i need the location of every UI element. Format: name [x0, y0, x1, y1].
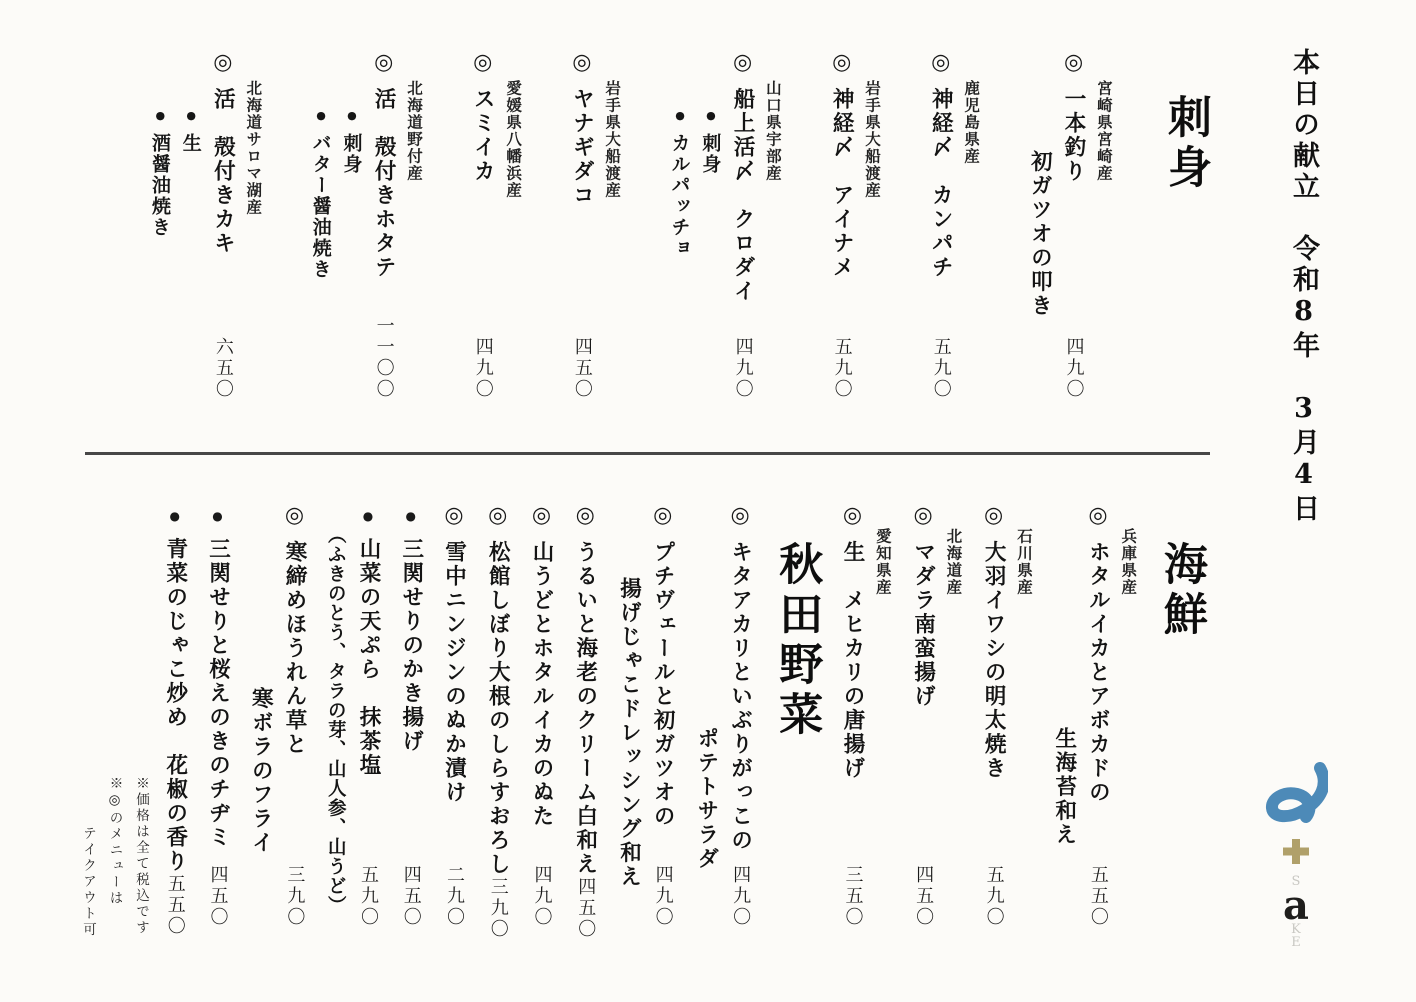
item-name: ◎プチヴェールと初ガツオの [649, 503, 675, 829]
footnotes: ※価格は全て税込です ※◎のメニューは テイクアウト可 [58, 776, 148, 938]
menu-item: ●青菜のじゃこ炒め 花椒の香り 五五〇 [162, 503, 187, 928]
item-name: ●山菜の天ぷら 抹茶塩 [355, 503, 380, 778]
note-price-tax: ※価格は全て税込です [132, 776, 148, 938]
item-price: 四九〇 [732, 337, 753, 400]
item-price: 五九〇 [357, 865, 378, 928]
item-name-text: ヤナギダコ [569, 88, 594, 208]
menu-item: 山口県宇部産 ◎船上活〆 クロダイ 四九〇 ●刺身 ●カルパッチョ [668, 50, 782, 400]
logo-letter-e: E [1291, 936, 1301, 950]
item-main: ◎うるいと海老のクリーム白和え 四五〇 [572, 503, 598, 928]
item-price: 四九〇 [652, 865, 673, 928]
option-bullet-icon: ● [185, 109, 198, 124]
item-origin: 愛媛県八幡浜産 [504, 50, 522, 400]
section-header-sashimi: 刺身 [1159, 50, 1210, 400]
logo-letter-a: a [1283, 889, 1309, 923]
item-name-text: 松館しぼり大根のしらすおろし [485, 541, 510, 877]
menu-item: ◎松館しぼり大根のしらすおろし 三九〇 [484, 503, 510, 928]
menu-item: ●三関せりと桜えのきのチヂミ 四五〇 [205, 503, 230, 928]
item-main: ●山菜の天ぷら 抹茶塩 五九〇 [355, 503, 380, 928]
dot-marker: ● [168, 509, 182, 526]
item-option: ●生 [179, 50, 201, 400]
item-name: ◎キタアカリといぶりがっこの [727, 503, 753, 853]
section-sashimi: 刺身 宮崎県宮崎産 ◎一本釣り 四九〇 初ガツオの叩き 鹿児島県産 ◎神経〆 カ… [148, 50, 1210, 400]
item-origin: 北海道サロマ湖産 [244, 50, 262, 400]
item-price: 五九〇 [930, 337, 951, 400]
item-name-line2: 生海苔和え [1051, 503, 1076, 928]
option-bullet-icon: ● [315, 109, 328, 124]
item-main: ◎大羽イワシの明太焼き 五九〇 [980, 503, 1006, 928]
item-name: ●三関せりのかき揚げ [398, 503, 423, 754]
item-name: ◎船上活〆 クロダイ [729, 50, 755, 304]
item-price: 一一〇〇 [373, 316, 394, 400]
item-name: ◎神経〆 カンパチ [928, 50, 954, 280]
item-name: ◎活 殻付きカキ [210, 50, 236, 256]
menu-item: 北海道産 ◎マダラ南蛮揚げ 四五〇 [910, 503, 963, 928]
takeout-marker: ◎ [441, 503, 466, 531]
section-divider [85, 452, 1210, 455]
item-main: ◎山うどとホタルイカのぬた 四九〇 [528, 503, 554, 928]
takeout-marker: ◎ [282, 503, 307, 531]
item-price: 四五〇 [400, 865, 421, 928]
item-price: 四五〇 [571, 337, 592, 400]
option-bullet-icon: ● [154, 109, 167, 124]
item-main: ◎スミイカ 四九〇 [470, 50, 496, 400]
menu-item: ●山菜の天ぷら 抹茶塩 五九〇 （ふきのとう、タラの芽、山人参、山うど） [325, 503, 380, 928]
item-option-text: バター醤油焼き [310, 133, 332, 280]
item-name-text: ホタルイカとアボカドの [1085, 541, 1110, 805]
item-main: ◎ヤナギダコ 四五〇 [569, 50, 595, 400]
item-name-text: 雪中ニンジンのぬか漬け [441, 541, 466, 805]
item-name-text: 一本釣り [1061, 88, 1086, 184]
item-main: ◎プチヴェールと初ガツオの 四九〇 [649, 503, 675, 928]
takeout-marker: ◎ [485, 503, 510, 531]
item-name: ◎一本釣り [1060, 50, 1086, 184]
takeout-marker: ◎ [569, 50, 594, 78]
item-name-line2: 揚げじゃこドレッシング和え [616, 503, 641, 928]
menu-item: ●三関せりのかき揚げ 四五〇 [398, 503, 423, 928]
item-price: 三九〇 [487, 877, 508, 940]
menu-item: 岩手県大船渡産 ◎ヤナギダコ 四五〇 [569, 50, 622, 400]
item-main: ◎寒締めほうれん草と 三九〇 [281, 503, 307, 928]
item-option: ●酒醤油焼き [148, 50, 170, 400]
item-name: ◎山うどとホタルイカのぬた [528, 503, 554, 829]
item-name: ◎松館しぼり大根のしらすおろし [484, 503, 510, 877]
logo-cross-icon [1283, 839, 1309, 868]
item-name-line2: （ふきのとう、タラの芽、山人参、山うど） [325, 503, 346, 928]
takeout-marker: ◎ [1085, 503, 1110, 531]
item-origin: 岩手県大船渡産 [863, 50, 881, 400]
option-bullet-icon: ● [345, 109, 358, 124]
item-price: 二九〇 [443, 865, 464, 928]
takeout-marker: ◎ [829, 50, 854, 78]
item-origin: 北海道野付産 [405, 50, 423, 400]
item-main: ◎松館しぼり大根のしらすおろし 三九〇 [484, 503, 510, 928]
note-takeout-2: テイクアウト可 [79, 776, 95, 938]
menu-item: ◎雪中ニンジンのぬか漬け 二九〇 [441, 503, 467, 928]
item-origin: 山口県宇部産 [764, 50, 782, 400]
item-option: ●バター醤油焼き [309, 50, 331, 400]
item-name: ●三関せりと桜えのきのチヂミ [205, 503, 230, 850]
menu-item: 岩手県大船渡産 ◎神経〆 アイナメ 五九〇 [828, 50, 881, 400]
option-bullet-icon: ● [704, 109, 717, 124]
takeout-marker: ◎ [470, 50, 495, 78]
item-price: 五九〇 [983, 865, 1004, 928]
item-name-text: 三関せりと桜えのきのチヂミ [205, 538, 230, 850]
item-price: 四九〇 [472, 337, 493, 400]
item-main: ◎ホタルイカとアボカドの 五五〇 [1085, 503, 1111, 928]
item-name: ◎うるいと海老のクリーム白和え [572, 503, 598, 877]
item-origin: 岩手県大船渡産 [603, 50, 621, 400]
menu-item: 石川県産 ◎大羽イワシの明太焼き 五九〇 [980, 503, 1033, 928]
item-main: ●三関せりと桜えのきのチヂミ 四五〇 [205, 503, 230, 928]
item-main: ◎生 メヒカリの唐揚げ 三五〇 [839, 503, 865, 928]
section-kaisen-akita: 海鮮 兵庫県産 ◎ホタルイカとアボカドの 五五〇 生海苔和え 石川県産 ◎大羽イ… [162, 503, 1206, 928]
menu-item: ◎プチヴェールと初ガツオの 四九〇 揚げじゃこドレッシング和え [616, 503, 675, 928]
item-price: 五五〇 [1087, 865, 1108, 928]
item-name-text: 大羽イワシの明太焼き [981, 541, 1006, 781]
item-origin: 兵庫県産 [1119, 503, 1137, 928]
takeout-marker: ◎ [981, 503, 1006, 531]
item-option: ●カルパッチョ [668, 50, 690, 400]
item-main: ◎船上活〆 クロダイ 四九〇 [729, 50, 755, 400]
logo-letter-k: K [1291, 923, 1301, 937]
item-name: ◎マダラ南蛮揚げ [910, 503, 936, 709]
menu-item: ◎寒締めほうれん草と 三九〇 寒ボラのフライ [248, 503, 307, 928]
item-name-text: キタアカリといぶりがっこの [728, 541, 753, 853]
menu-item: 北海道野付産 ◎活 殻付きホタテ 一一〇〇 ●刺身 ●バター醤油焼き [309, 50, 423, 400]
item-origin: 石川県産 [1015, 503, 1033, 928]
item-main: ◎キタアカリといぶりがっこの 四九〇 [727, 503, 753, 928]
takeout-marker: ◎ [1061, 50, 1086, 78]
item-option: ●刺身 [699, 50, 721, 400]
item-name: ◎活 殻付きホタテ [370, 50, 396, 280]
item-name: ●青菜のじゃこ炒め 花椒の香り [162, 503, 187, 874]
item-main: ◎神経〆 アイナメ 五九〇 [828, 50, 854, 400]
item-option-text: 酒醤油焼き [149, 133, 171, 238]
item-price: 四五〇 [207, 865, 228, 928]
item-main: ◎神経〆 カンパチ 五九〇 [928, 50, 954, 400]
item-option-text: 刺身 [699, 133, 721, 175]
menu-item: 鹿児島県産 ◎神経〆 カンパチ 五九〇 [928, 50, 981, 400]
item-main: ◎雪中ニンジンのぬか漬け 二九〇 [441, 503, 467, 928]
item-main: ●青菜のじゃこ炒め 花椒の香り 五五〇 [162, 503, 187, 928]
dot-marker: ● [361, 509, 375, 526]
logo-mark-icon [1264, 762, 1328, 832]
item-main: ◎一本釣り 四九〇 [1060, 50, 1086, 400]
item-name-line2: 初ガツオの叩き [1027, 50, 1052, 400]
item-name-line2: 寒ボラのフライ [248, 503, 273, 928]
item-name-line2: ポテトサラダ [693, 503, 718, 928]
item-name: ◎ヤナギダコ [569, 50, 595, 208]
menu-item: ◎うるいと海老のクリーム白和え 四五〇 [572, 503, 598, 928]
item-name-text: うるいと海老のクリーム白和え [573, 541, 598, 877]
takeout-marker: ◎ [911, 503, 936, 531]
dot-marker: ● [404, 509, 418, 526]
menu-item: ◎山うどとホタルイカのぬた 四九〇 [528, 503, 554, 928]
dot-marker: ● [210, 509, 224, 526]
item-name-text: プチヴェールと初ガツオの [650, 541, 675, 829]
item-name-text: 活 殻付きカキ [210, 88, 235, 256]
item-name: ◎スミイカ [470, 50, 496, 184]
menu-item: 兵庫県産 ◎ホタルイカとアボカドの 五五〇 生海苔和え [1051, 503, 1137, 928]
menu-item: 愛知県産 ◎生 メヒカリの唐揚げ 三五〇 [839, 503, 892, 928]
item-main: ◎活 殻付きホタテ 一一〇〇 [370, 50, 396, 400]
menu-item: 宮崎県宮崎産 ◎一本釣り 四九〇 初ガツオの叩き [1027, 50, 1113, 400]
section-header-akita: 秋田野菜 [771, 503, 822, 928]
menu-item: 愛媛県八幡浜産 ◎スミイカ 四九〇 [470, 50, 523, 400]
item-price: 三九〇 [284, 865, 305, 928]
takeout-marker: ◎ [728, 503, 753, 531]
item-name-text: 神経〆 カンパチ [928, 88, 953, 280]
item-price: 五五〇 [164, 874, 185, 937]
item-name-text: 活 殻付きホタテ [371, 88, 396, 280]
takeout-marker: ◎ [928, 50, 953, 78]
item-main: ◎活 殻付きカキ 六五〇 [210, 50, 236, 400]
item-origin: 愛知県産 [874, 503, 892, 928]
item-price: 四九〇 [531, 865, 552, 928]
item-name-text: 生 メヒカリの唐揚げ [840, 541, 865, 781]
item-price: 三五〇 [842, 865, 863, 928]
item-origin: 宮崎県宮崎産 [1095, 50, 1113, 400]
item-option-text: カルパッチョ [669, 133, 691, 259]
logo: S a K E [1262, 762, 1330, 950]
item-name: ◎雪中ニンジンのぬか漬け [441, 503, 467, 805]
takeout-marker: ◎ [573, 503, 598, 531]
item-option-text: 生 [180, 133, 202, 154]
item-origin: 鹿児島県産 [962, 50, 980, 400]
item-origin: 北海道産 [945, 503, 963, 928]
item-price: 六五〇 [212, 337, 233, 400]
item-name: ◎ホタルイカとアボカドの [1085, 503, 1111, 805]
item-name: ◎大羽イワシの明太焼き [980, 503, 1006, 781]
item-main: ◎マダラ南蛮揚げ 四五〇 [910, 503, 936, 928]
item-price: 四九〇 [729, 865, 750, 928]
takeout-marker: ◎ [529, 503, 554, 531]
takeout-marker: ◎ [730, 50, 755, 78]
menu-item: ◎キタアカリといぶりがっこの 四九〇 ポテトサラダ [693, 503, 752, 928]
item-name-text: マダラ南蛮揚げ [911, 541, 936, 709]
item-name-text: 三関せりのかき揚げ [399, 538, 424, 754]
takeout-marker: ◎ [210, 50, 235, 78]
takeout-marker: ◎ [840, 503, 865, 531]
item-name-text: 山菜の天ぷら 抹茶塩 [356, 538, 381, 778]
takeout-marker: ◎ [650, 503, 675, 531]
item-main: ●三関せりのかき揚げ 四五〇 [398, 503, 423, 928]
item-option-text: 刺身 [340, 133, 362, 175]
item-name-text: 船上活〆 クロダイ [730, 88, 755, 304]
item-price: 五九〇 [831, 337, 852, 400]
item-name-text: 青菜のじゃこ炒め 花椒の香り [163, 538, 188, 874]
item-name-text: スミイカ [470, 88, 495, 184]
item-name-text: 寒締めほうれん草と [282, 541, 307, 757]
item-name-text: 神経〆 アイナメ [829, 88, 854, 280]
section-header-kaisen: 海鮮 [1155, 503, 1206, 928]
item-option: ●刺身 [340, 50, 362, 400]
item-name: ◎生 メヒカリの唐揚げ [839, 503, 865, 781]
item-name: ◎寒締めほうれん草と [281, 503, 307, 757]
item-price: 四五〇 [912, 865, 933, 928]
item-name-text: 山うどとホタルイカのぬた [529, 541, 554, 829]
item-price: 四九〇 [1063, 337, 1084, 400]
takeout-marker: ◎ [371, 50, 396, 78]
menu-item: 北海道サロマ湖産 ◎活 殻付きカキ 六五〇 ●生 ●酒醤油焼き [148, 50, 262, 400]
menu-title: 本日の献立 令和8年 3月4日 [1284, 48, 1323, 525]
item-name: ◎神経〆 アイナメ [828, 50, 854, 280]
note-takeout-1: ※◎のメニューは [106, 776, 122, 938]
option-bullet-icon: ● [674, 109, 687, 124]
item-price: 四五〇 [575, 877, 596, 940]
